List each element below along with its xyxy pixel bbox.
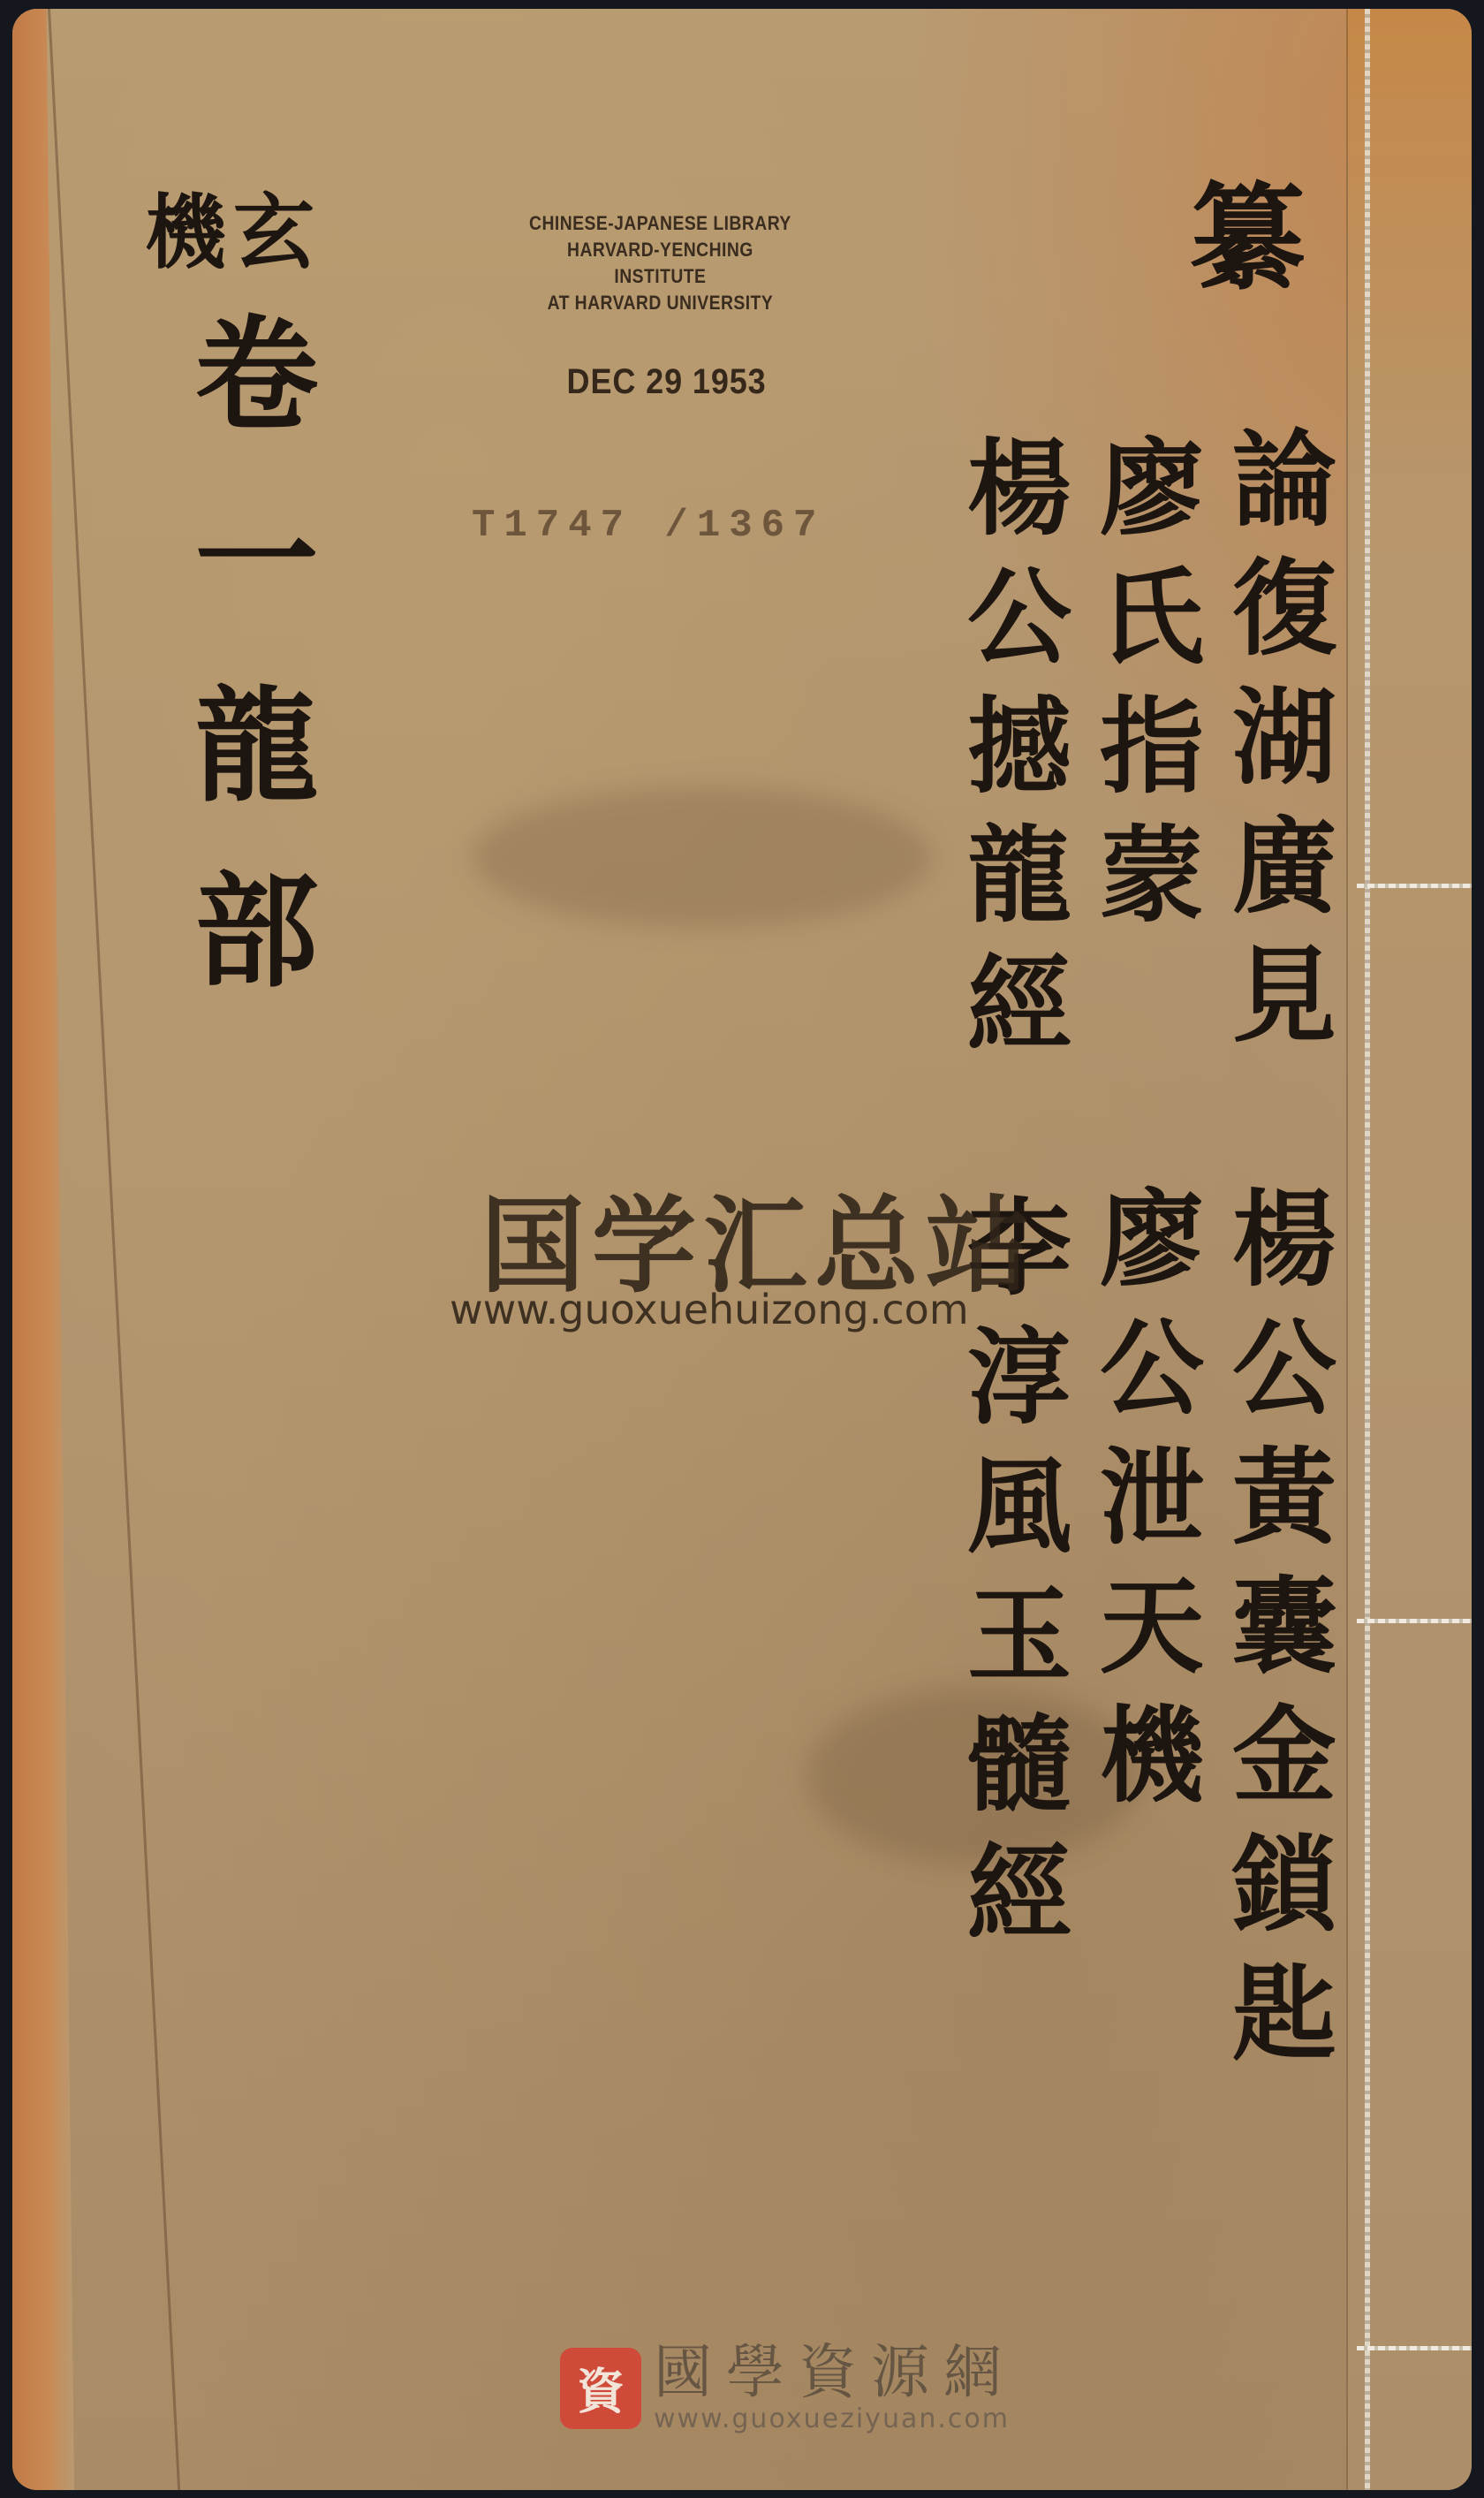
watermark-url: www.guoxuehuizong.com [450,1286,969,1333]
book-cover: CHINESE-JAPANESE LIBRARY HARVARD-YENCHIN… [12,9,1472,2490]
contents-column: 廖公泄天機 [1068,1184,1218,1829]
stain [472,786,931,928]
binding-thread-tie [1357,1619,1472,1623]
contents-column: 廖氏指蒙 [1068,433,1218,949]
accession-date: DEC 29 1953 [567,362,767,402]
watermark-site-url: www.guoxueziyuan.com [654,2403,1016,2434]
contents-column: 楊公撼龍經 [935,433,1086,1078]
watermark-logo: 資 國學資源網 www.guoxueziyuan.com [560,2342,1016,2434]
call-number: T1747 /1367 [472,504,825,548]
library-stamp: CHINESE-JAPANESE LIBRARY HARVARD-YENCHIN… [520,210,800,316]
binding-thread-tie [1357,2346,1472,2350]
stamp-line: CHINESE-JAPANESE LIBRARY [520,210,800,237]
contents-column: 論復湖廣見 [1200,424,1351,1069]
stamp-line: HARVARD-YENCHING INSTITUTE [520,237,800,290]
binding-thread [1365,9,1370,2490]
binding-thread-tie [1357,884,1472,888]
cover-left-flap [12,9,74,2490]
contents-column: 楊公黃囊金鎖匙 [1200,1184,1351,2087]
stamp-line: AT HARVARD UNIVERSITY [520,290,800,316]
watermark-site-name: 國學資源網 [654,2342,1016,2403]
volume-title: 卷一龍部 [158,309,336,1052]
seal-icon: 資 [560,2348,641,2429]
title-annotation: 機玄 [145,168,322,285]
contents-heading: 纂 [1156,177,1321,316]
